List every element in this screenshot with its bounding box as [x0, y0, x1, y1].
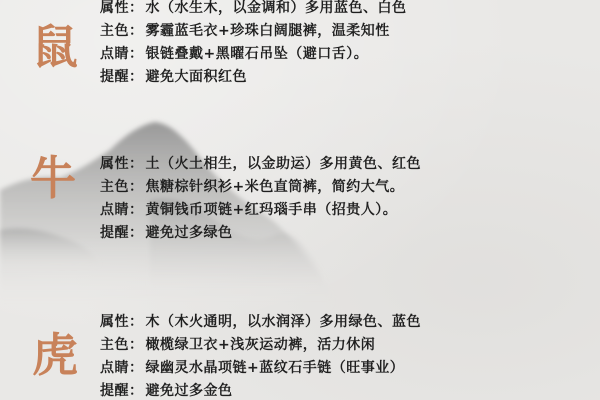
attribute-value: 水（水生木，以金调和）多用蓝色、白色	[146, 0, 407, 16]
highlight-value: 黄铜钱币项链+红玛瑙手串（招贵人）。	[146, 202, 398, 218]
attribute-label: 属性：	[100, 314, 144, 330]
main-color-value: 雾霾蓝毛衣+珍珠白阔腿裤，温柔知性	[146, 23, 390, 39]
zodiac-char-tiger: 虎	[32, 332, 78, 378]
highlight-value: 银链叠戴+黑曜石吊坠（避口舌）。	[146, 46, 369, 62]
highlight-label: 点睛：	[100, 46, 144, 62]
reminder-line: 提醒：避免过多绿色	[100, 222, 421, 245]
attribute-value: 木（木火通明，以水润泽）多用绿色、蓝色	[146, 314, 422, 330]
reminder-label: 提醒：	[100, 225, 144, 241]
zodiac-block-rat: 属性：水（水生木，以金调和）多用蓝色、白色 主色：雾霾蓝毛衣+珍珠白阔腿裤，温柔…	[100, 0, 407, 89]
attribute-line: 属性：土（火土相生，以金助运）多用黄色、红色	[100, 153, 421, 176]
zodiac-block-ox: 属性：土（火土相生，以金助运）多用黄色、红色 主色：焦糖棕针织衫+米色直筒裤，简…	[100, 153, 421, 245]
attribute-value: 土（火土相生，以金助运）多用黄色、红色	[146, 156, 422, 172]
attribute-label: 属性：	[100, 0, 144, 16]
attribute-line: 属性：水（水生木，以金调和）多用蓝色、白色	[100, 0, 407, 20]
reminder-line: 提醒：避免过多金色	[100, 380, 421, 400]
zodiac-block-tiger: 属性：木（木火通明，以水润泽）多用绿色、蓝色 主色：橄榄绿卫衣+浅灰运动裤，活力…	[100, 311, 421, 400]
reminder-value: 避免大面积红色	[146, 69, 248, 85]
main-color-value: 橄榄绿卫衣+浅灰运动裤，活力休闲	[146, 337, 376, 353]
main-color-value: 焦糖棕针织衫+米色直筒裤，简约大气。	[146, 179, 405, 195]
main-color-label: 主色：	[100, 337, 144, 353]
reminder-value: 避免过多金色	[146, 383, 233, 399]
zodiac-char-ox: 牛	[30, 155, 76, 201]
highlight-label: 点睛：	[100, 360, 144, 376]
attribute-label: 属性：	[100, 156, 144, 172]
attribute-line: 属性：木（木火通明，以水润泽）多用绿色、蓝色	[100, 311, 421, 334]
reminder-value: 避免过多绿色	[146, 225, 233, 241]
reminder-label: 提醒：	[100, 69, 144, 85]
highlight-line: 点睛：绿幽灵水晶项链+蓝纹石手链（旺事业）	[100, 357, 421, 380]
main-color-label: 主色：	[100, 179, 144, 195]
zodiac-char-rat: 鼠	[32, 24, 78, 70]
reminder-line: 提醒：避免大面积红色	[100, 66, 407, 89]
highlight-value: 绿幽灵水晶项链+蓝纹石手链（旺事业）	[146, 360, 405, 376]
highlight-line: 点睛：银链叠戴+黑曜石吊坠（避口舌）。	[100, 43, 407, 66]
main-color-line: 主色：橄榄绿卫衣+浅灰运动裤，活力休闲	[100, 334, 421, 357]
main-color-line: 主色：焦糖棕针织衫+米色直筒裤，简约大气。	[100, 176, 421, 199]
main-color-line: 主色：雾霾蓝毛衣+珍珠白阔腿裤，温柔知性	[100, 20, 407, 43]
reminder-label: 提醒：	[100, 383, 144, 399]
highlight-label: 点睛：	[100, 202, 144, 218]
highlight-line: 点睛：黄铜钱币项链+红玛瑙手串（招贵人）。	[100, 199, 421, 222]
main-color-label: 主色：	[100, 23, 144, 39]
